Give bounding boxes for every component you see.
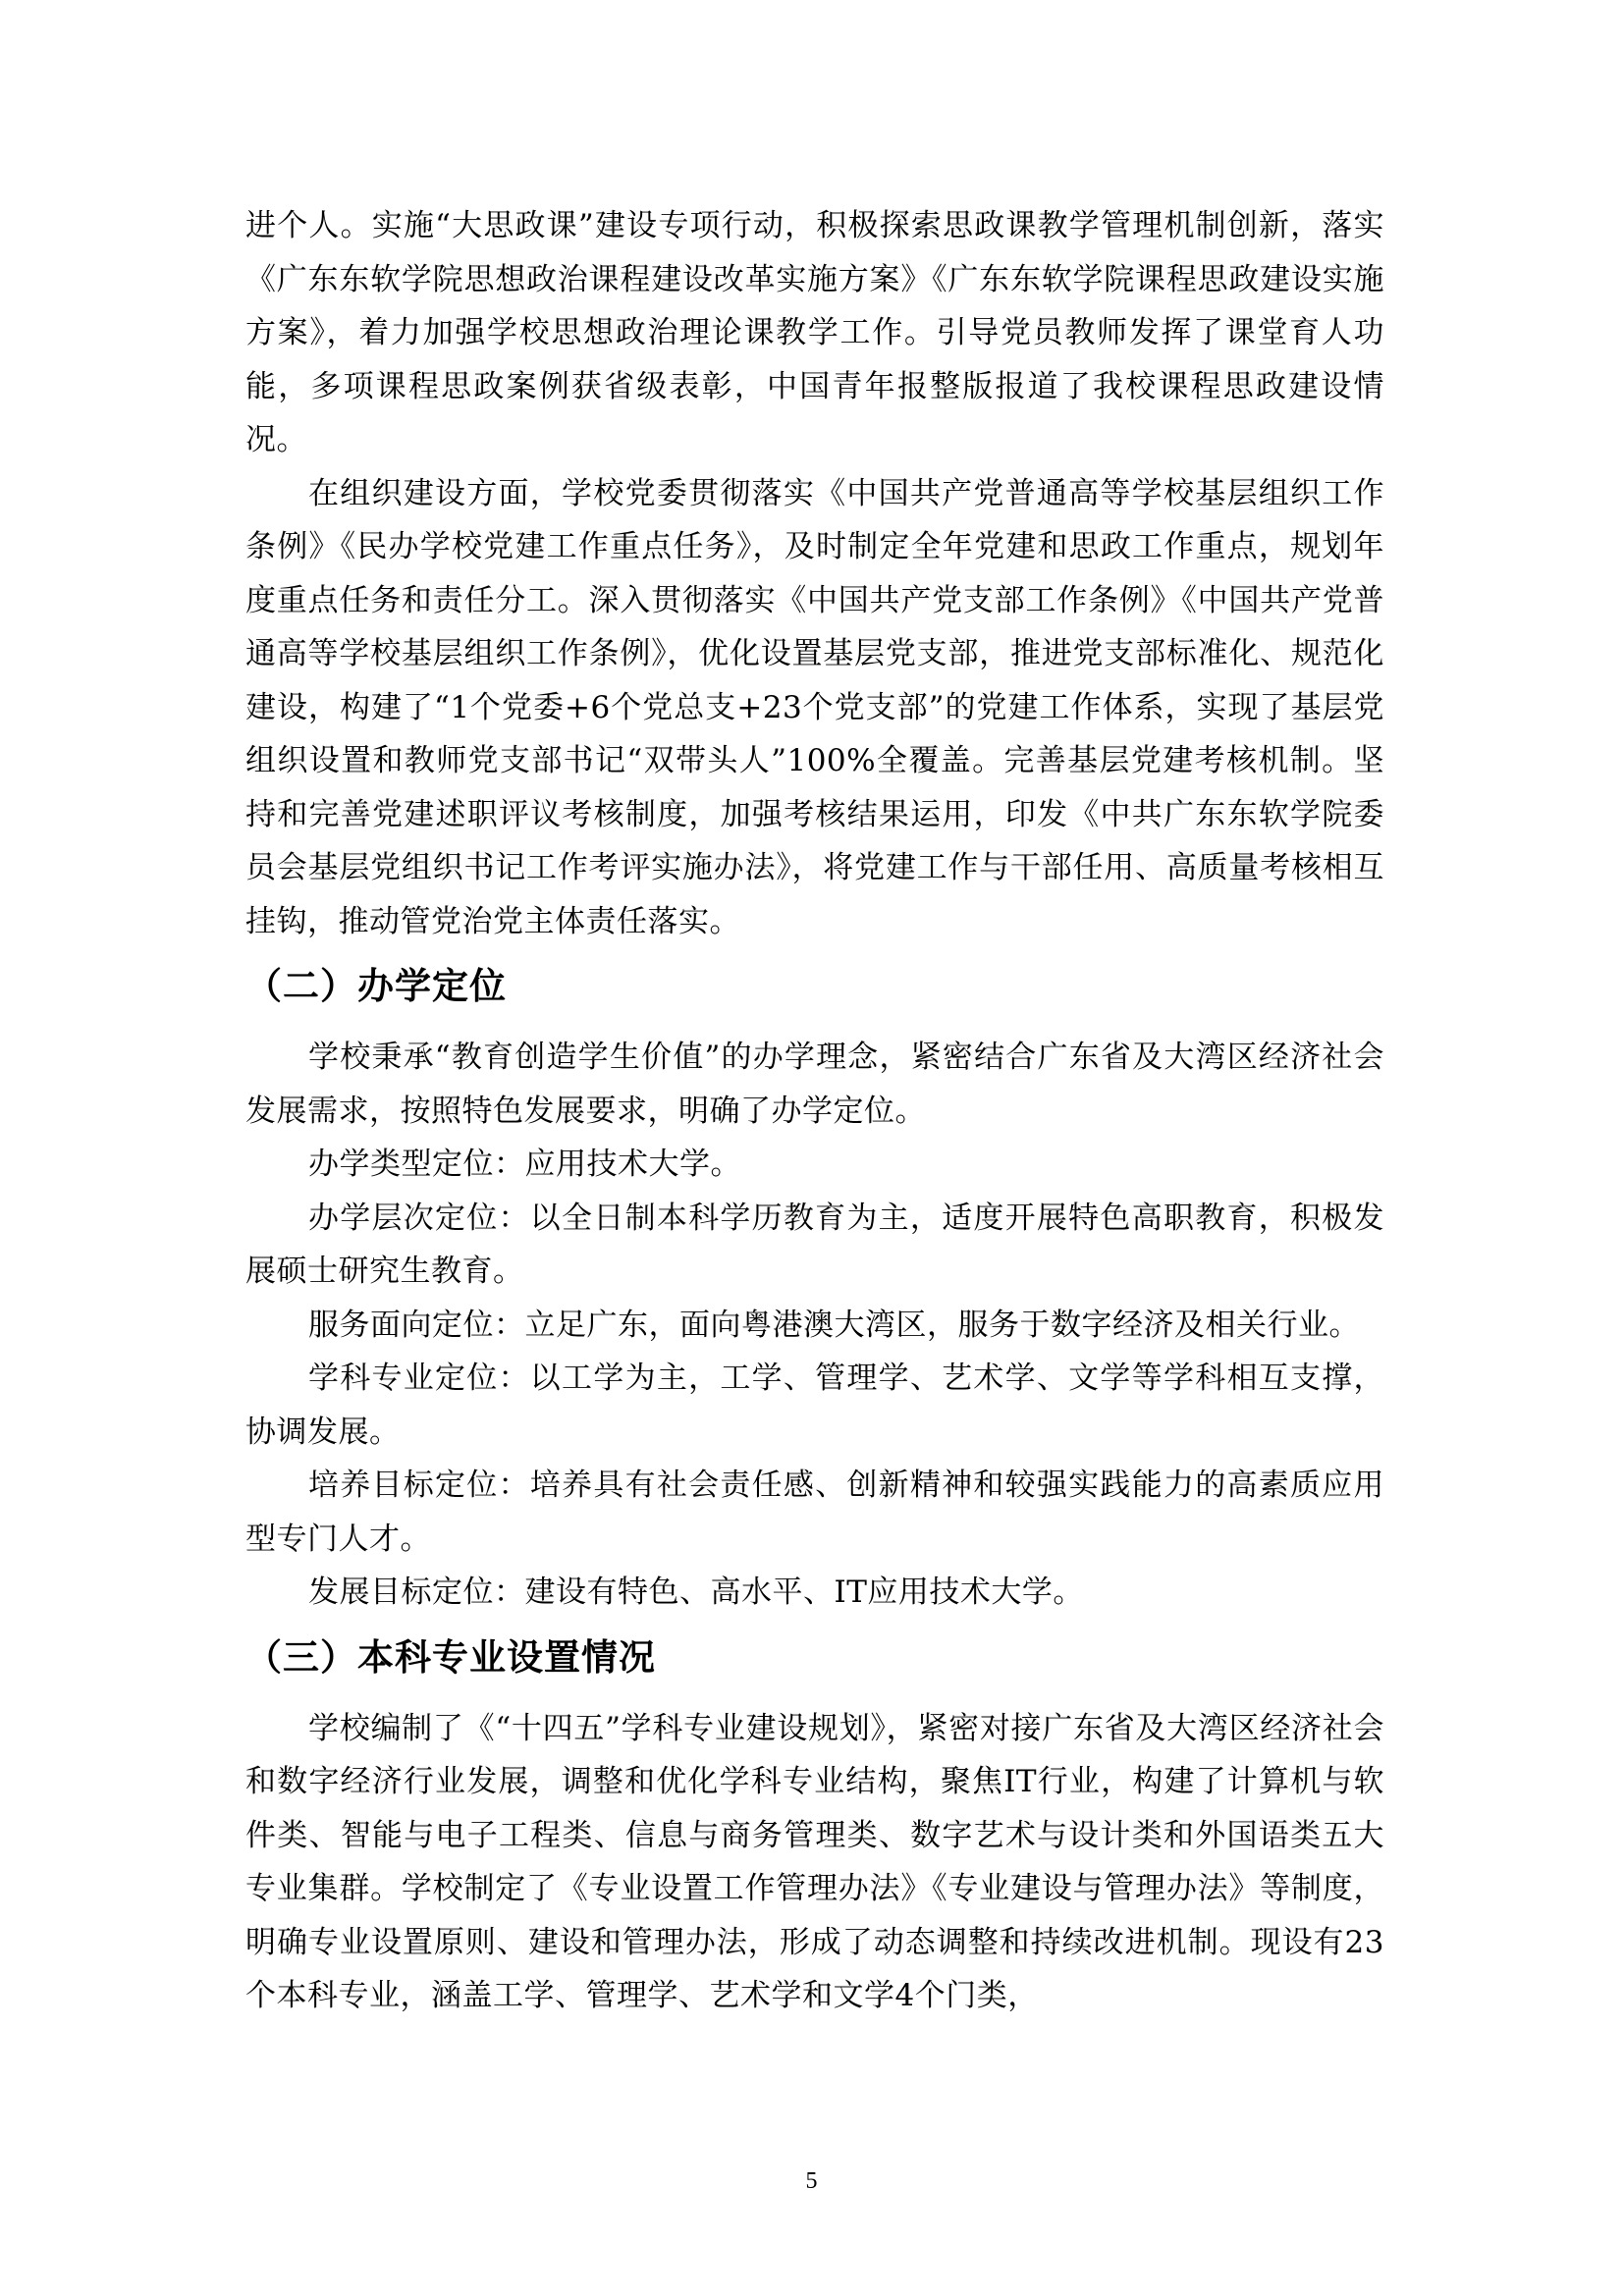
positioning-item-training-goal: 培养目标定位：培养具有社会责任感、创新精神和较强实践能力的高素质应用型专门人才。 bbox=[245, 1459, 1384, 1566]
positioning-item-level: 办学层次定位：以全日制本科学历教育为主，适度开展特色高职教育，积极发展硕士研究生… bbox=[245, 1192, 1384, 1299]
org-building-paragraph: 在组织建设方面，学校党委贯彻落实《中国共产党普通高等学校基层组织工作条例》《民办… bbox=[245, 467, 1384, 949]
majors-paragraph: 学校编制了《“十四五”学科专业建设规划》，紧密对接广东省及大湾区经济社会和数字经… bbox=[245, 1702, 1384, 2023]
positioning-item-service: 服务面向定位：立足广东，面向粤港澳大湾区，服务于数字经济及相关行业。 bbox=[245, 1299, 1384, 1353]
positioning-item-development-goal: 发展目标定位：建设有特色、高水平、IT应用技术大学。 bbox=[245, 1566, 1384, 1620]
section-heading-undergraduate-majors: （三）本科专业设置情况 bbox=[245, 1633, 1384, 1682]
document-page: 进个人。实施“大思政课”建设专项行动，积极探索思政课教学管理机制创新，落实《广东… bbox=[245, 199, 1384, 2023]
positioning-item-discipline: 学科专业定位：以工学为主，工学、管理学、艺术学、文学等学科相互支撑，协调发展。 bbox=[245, 1352, 1384, 1459]
positioning-item-type: 办学类型定位：应用技术大学。 bbox=[245, 1138, 1384, 1192]
continuation-paragraph: 进个人。实施“大思政课”建设专项行动，积极探索思政课教学管理机制创新，落实《广东… bbox=[245, 199, 1384, 467]
section-heading-school-positioning: （二）办学定位 bbox=[245, 962, 1384, 1011]
page-number: 5 bbox=[0, 2166, 1623, 2196]
positioning-intro-paragraph: 学校秉承“教育创造学生价值”的办学理念，紧密结合广东省及大湾区经济社会发展需求，… bbox=[245, 1031, 1384, 1138]
